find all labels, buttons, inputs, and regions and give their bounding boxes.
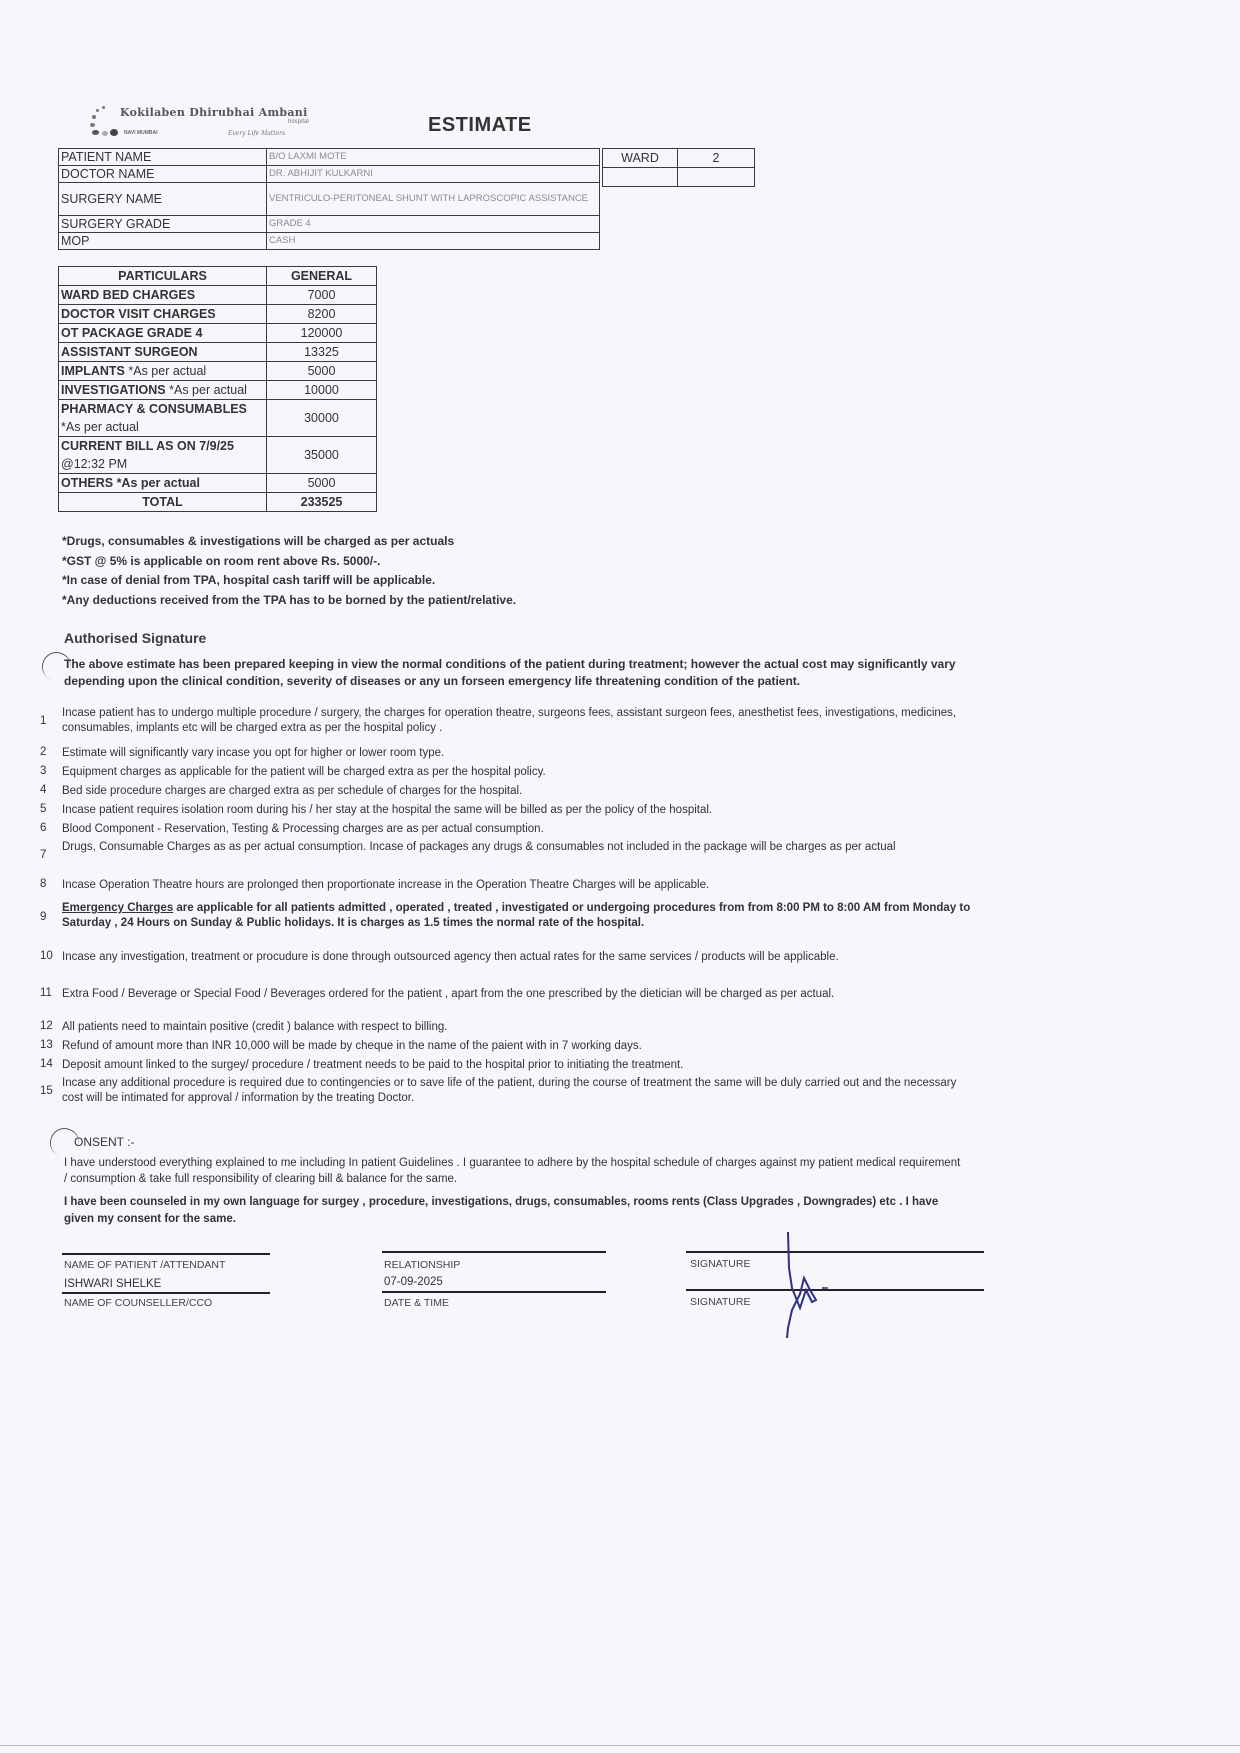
charge-row: OT PACKAGE GRADE 4120000 <box>59 324 377 343</box>
charge-row: OTHERS *As per actual5000 <box>59 474 377 493</box>
info-value: DR. ABHIJIT KULKARNI <box>267 166 600 183</box>
charge-note: @12:32 PM <box>61 457 127 471</box>
charge-amount: 35000 <box>267 437 377 474</box>
signature-label-1: SIGNATURE <box>690 1258 750 1270</box>
info-value: VENTRICULO-PERITONEAL SHUNT WITH LAPROSC… <box>267 183 600 216</box>
info-label: SURGERY NAME <box>59 183 267 216</box>
charge-note: *As per actual <box>113 476 200 490</box>
charge-label: PHARMACY & CONSUMABLES <box>61 402 247 416</box>
charge-row: IMPLANTS *As per actual5000 <box>59 362 377 381</box>
info-value: B/O LAXMI MOTE <box>267 149 600 166</box>
counsellor-name: ISHWARI SHELKE <box>64 1278 161 1290</box>
charge-label: OT PACKAGE GRADE 4 <box>61 326 202 340</box>
charge-amount: 13325 <box>267 343 377 362</box>
charge-label: ASSISTANT SURGEON <box>61 345 198 359</box>
date-line <box>382 1291 606 1293</box>
total-amount: 233525 <box>267 493 377 512</box>
info-row-surgery-name: SURGERY NAMEVENTRICULO-PERITONEAL SHUNT … <box>59 183 600 216</box>
date-time-label: DATE & TIME <box>384 1297 449 1309</box>
ward-table: WARD2 <box>602 148 755 187</box>
footnote: *Drugs, consumables & investigations wil… <box>62 532 516 552</box>
relationship-line <box>382 1251 606 1253</box>
total-label: TOTAL <box>59 493 267 512</box>
charge-label: CURRENT BILL AS ON 7/9/25 <box>61 439 234 453</box>
charge-row: WARD BED CHARGES7000 <box>59 286 377 305</box>
ward-label: WARD <box>603 149 678 168</box>
info-value: GRADE 4 <box>267 216 600 233</box>
counsellor-label: NAME OF COUNSELLER/CCO <box>64 1297 212 1309</box>
charge-amount: 30000 <box>267 400 377 437</box>
charge-note: *As per actual <box>125 364 206 378</box>
ward-empty-cell <box>678 168 755 187</box>
patient-info-table: PATIENT NAMEB/O LAXMI MOTE DOCTOR NAMEDR… <box>58 148 600 250</box>
info-row-patient-name: PATIENT NAMEB/O LAXMI MOTE <box>59 149 600 166</box>
info-row-doctor-name: DOCTOR NAMEDR. ABHIJIT KULKARNI <box>59 166 600 183</box>
charge-note: *As per actual <box>61 420 139 434</box>
info-label: DOCTOR NAME <box>59 166 267 183</box>
consent-paragraph-2: I have been counseled in my own language… <box>64 1194 964 1228</box>
charge-amount: 5000 <box>267 474 377 493</box>
consent-paragraph-1: I have understood everything explained t… <box>64 1155 964 1187</box>
ward-value: 2 <box>678 149 755 168</box>
logo-tagline: Every Life Matters <box>228 130 285 137</box>
document-title: ESTIMATE <box>428 114 532 137</box>
hospital-logo: Kokilaben Dhirubhai Ambani hospital NAVI… <box>88 104 328 140</box>
logo-dots-icon <box>88 104 118 138</box>
charge-row: INVESTIGATIONS *As per actual10000 <box>59 381 377 400</box>
charge-label: INVESTIGATIONS <box>61 383 166 397</box>
ward-empty-cell <box>603 168 678 187</box>
authorised-signature-heading: Authorised Signature <box>64 630 206 646</box>
logo-name: Kokilaben Dhirubhai Ambani <box>120 106 308 119</box>
charge-row: CURRENT BILL AS ON 7/9/25@12:32 PM35000 <box>59 437 377 474</box>
footnotes: *Drugs, consumables & investigations wil… <box>62 532 516 610</box>
charge-amount: 10000 <box>267 381 377 400</box>
charge-label: DOCTOR VISIT CHARGES <box>61 307 216 321</box>
charge-label: WARD BED CHARGES <box>61 288 195 302</box>
patient-attendant-label: NAME OF PATIENT /ATTENDANT <box>64 1259 225 1271</box>
handwritten-signature-icon <box>770 1228 840 1338</box>
relationship-label: RELATIONSHIP <box>384 1259 460 1271</box>
consent-heading: ONSENT :- <box>74 1135 134 1149</box>
disclaimer-paragraph: The above estimate has been prepared kee… <box>64 656 984 690</box>
col-header-particulars: PARTICULARS <box>59 267 267 286</box>
charge-amount: 8200 <box>267 305 377 324</box>
footnote: *Any deductions received from the TPA ha… <box>62 591 516 611</box>
col-header-general: GENERAL <box>267 267 377 286</box>
logo-city: NAVI MUMBAI <box>124 130 158 136</box>
info-label: PATIENT NAME <box>59 149 267 166</box>
total-row: TOTAL 233525 <box>59 493 377 512</box>
date-value: 07-09-2025 <box>384 1276 443 1288</box>
counsellor-line <box>62 1292 270 1294</box>
charge-note: *As per actual <box>166 383 247 397</box>
info-label: MOP <box>59 233 267 250</box>
charge-amount: 5000 <box>267 362 377 381</box>
footnote: *GST @ 5% is applicable on room rent abo… <box>62 552 516 572</box>
info-label: SURGERY GRADE <box>59 216 267 233</box>
info-row-mop: MOPCASH <box>59 233 600 250</box>
charge-row: PHARMACY & CONSUMABLES*As per actual3000… <box>59 400 377 437</box>
charges-header-row: PARTICULARS GENERAL <box>59 267 377 286</box>
emergency-charges-link: Emergency Charges <box>62 902 173 914</box>
charge-label: OTHERS <box>61 476 113 490</box>
info-value: CASH <box>267 233 600 250</box>
footnote: *In case of denial from TPA, hospital ca… <box>62 571 516 591</box>
charge-row: DOCTOR VISIT CHARGES8200 <box>59 305 377 324</box>
patient-name-line <box>62 1253 270 1255</box>
charges-table: PARTICULARS GENERAL WARD BED CHARGES7000… <box>58 266 377 512</box>
logo-sub: hospital <box>288 119 309 125</box>
charge-label: IMPLANTS <box>61 364 125 378</box>
page-edge <box>0 1745 1240 1746</box>
signature-label-2: SIGNATURE <box>690 1296 750 1308</box>
charge-row: ASSISTANT SURGEON13325 <box>59 343 377 362</box>
charge-amount: 7000 <box>267 286 377 305</box>
charge-amount: 120000 <box>267 324 377 343</box>
info-row-surgery-grade: SURGERY GRADEGRADE 4 <box>59 216 600 233</box>
